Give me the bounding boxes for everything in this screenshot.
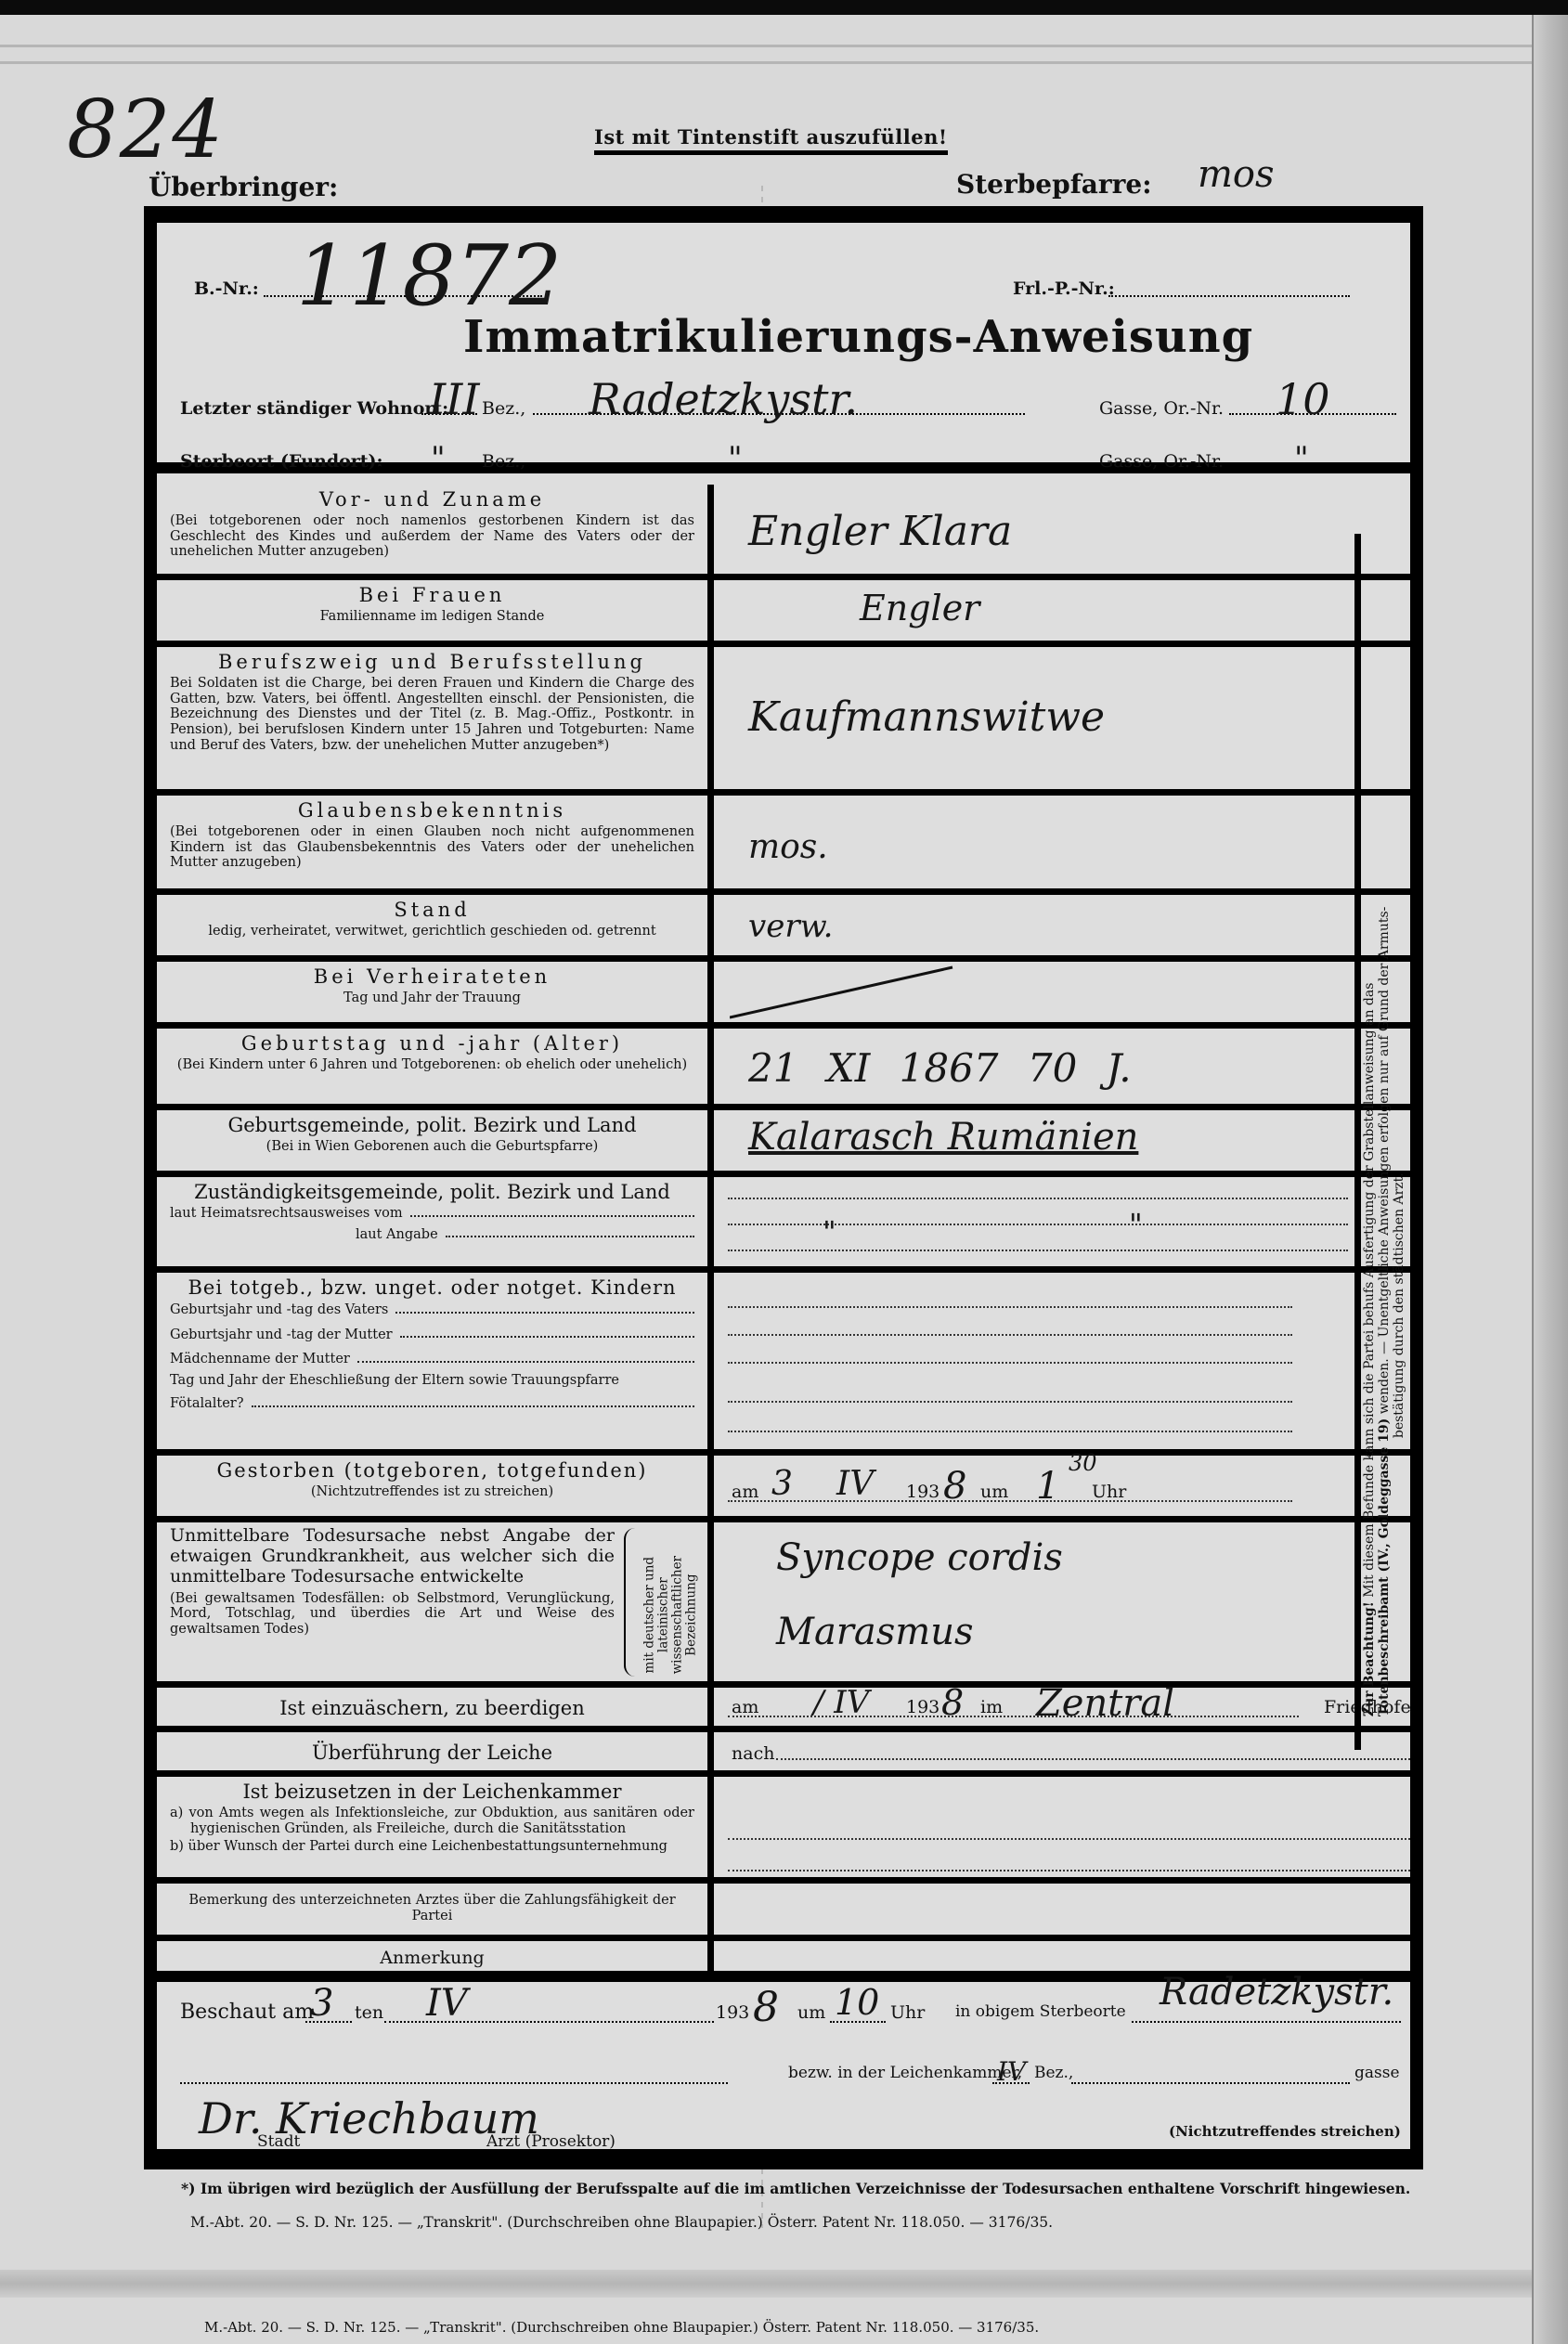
- field-note: (Bei totgeborenen oder in einen Glauben …: [170, 824, 694, 871]
- paper-fold: [0, 2270, 1532, 2298]
- city-label: Stadt: [257, 2132, 300, 2151]
- field-title: Bemerkung des unterzeichneten Arztes übe…: [170, 1893, 694, 1923]
- field-maiden-name: Bei Frauen Familienname im ledigen Stand…: [157, 580, 1410, 647]
- field-title: Glaubensbekenntnis: [170, 799, 694, 822]
- archive-number: 824: [67, 84, 225, 176]
- field-side-note: mit deutscher und lateinischer wissensch…: [642, 1541, 697, 1690]
- bez-label: Bez.,: [482, 451, 525, 472]
- field-title: Unmittelbare Todesursache nebst Angabe d…: [170, 1526, 615, 1587]
- inspected-label: Beschaut am: [180, 2001, 314, 2024]
- strike-through-mark: [730, 962, 971, 1022]
- field-note: ledig, verheiratet, verwitwet, gerichtli…: [170, 924, 694, 939]
- field-transfer: Überführung der Leiche nach: [157, 1732, 1410, 1777]
- field-input[interactable]: [720, 1884, 1410, 1935]
- frl-p-nr-field[interactable]: [1108, 295, 1350, 297]
- field-input[interactable]: nach: [720, 1732, 1410, 1770]
- last-residence-district: III: [429, 374, 480, 424]
- place-label: in obigem Sterbeorte: [955, 2002, 1126, 2021]
- bringer-label: Überbringer:: [149, 172, 338, 202]
- field-title: Geburtsgemeinde, polit. Bezirk und Land: [170, 1114, 694, 1136]
- field-note: Geburtsjahr und -tag des Vaters: [170, 1302, 388, 1318]
- cause-line-2: Marasmus: [776, 1611, 974, 1653]
- field-note: (Nichtzutreffendes ist zu streichen): [170, 1484, 694, 1500]
- death-year-suffix: 8: [943, 1465, 966, 1508]
- field-title: Stand: [170, 899, 694, 921]
- field-title: Ist beizusetzen in der Leichenkammer: [170, 1781, 694, 1803]
- bez-label: Bez.,: [1034, 2064, 1073, 2082]
- inspection-month: IV: [426, 1982, 468, 2025]
- notice-text: wenden. — Unentgeltliche Anweisungen erf…: [1377, 907, 1392, 1415]
- cause-line-1: Syncope cordis: [776, 1536, 1063, 1579]
- field-note: Bei Soldaten ist die Charge, bei deren F…: [170, 676, 694, 753]
- field-birth-date: Geburtstag und -jahr (Alter) (Bei Kinder…: [157, 1029, 1410, 1110]
- inspection-hour: 10: [835, 1982, 879, 2023]
- year-prefix: 193: [906, 1482, 940, 1502]
- field-value: verw.: [748, 908, 833, 945]
- registration-form: B.-Nr.: 11872 Frl.-P.-Nr.: Immatrikulier…: [144, 206, 1423, 2169]
- field-note: (Bei in Wien Geborenen auch die Geburtsp…: [170, 1139, 694, 1155]
- notice-text: bestätigung durch den städtischen Arzt.: [1392, 547, 1406, 1716]
- field-input[interactable]: " ": [720, 1177, 1348, 1266]
- field-value: Kaufmannswitwe: [748, 693, 1105, 741]
- field-input[interactable]: [720, 1941, 1410, 1971]
- field-value: Engler Klara: [748, 508, 1012, 555]
- notice-heading: Zur Beachtung!: [1362, 1601, 1377, 1716]
- mortuary-district: IV: [997, 2056, 1026, 2087]
- death-minute: 30: [1069, 1450, 1097, 1476]
- paper-fold: [0, 61, 1532, 64]
- field-note: Familienname im ledigen Stande: [170, 609, 694, 625]
- field-input[interactable]: 21 XI 1867 70 J.: [720, 1029, 1348, 1104]
- field-note: Geburtsjahr und -tag der Mutter: [170, 1327, 393, 1343]
- death-place-label: Sterbeort (Fundort):: [180, 451, 383, 472]
- field-input[interactable]: [720, 1273, 1348, 1449]
- death-place-row: Sterbeort (Fundort): " Bez., " Gasse, Or…: [180, 438, 1396, 475]
- field-note: Tag und Jahr der Trauung: [170, 991, 694, 1006]
- footnote: *) Im übrigen wird bezüglich der Ausfüll…: [181, 2180, 1410, 2197]
- field-note: (Bei Kindern unter 6 Jahren und Totgebor…: [170, 1057, 694, 1073]
- form-title: Immatrikulierungs-Anweisung: [463, 311, 1253, 363]
- mortuary-alt-label: bezw. in der Leichenkammer,: [788, 2064, 1022, 2082]
- field-value: mos.: [748, 828, 828, 866]
- field-death-date: Gestorben (totgeboren, totgefunden) (Nic…: [157, 1456, 1410, 1522]
- form-header: B.-Nr.: 11872 Frl.-P.-Nr.: Immatrikulier…: [157, 223, 1410, 473]
- last-residence-label: Letzter ständiger Wohnort:: [180, 398, 448, 419]
- field-note: Tag und Jahr der Eheschließung der Elter…: [170, 1373, 694, 1389]
- field-note: laut Angabe: [356, 1227, 438, 1243]
- side-notice: Zur Beachtung! Mit diesem Befunde kann s…: [1354, 534, 1403, 1750]
- nach-label: nach: [732, 1743, 774, 1764]
- field-birthplace: Geburtsgemeinde, polit. Bezirk und Land …: [157, 1110, 1410, 1177]
- field-input[interactable]: Kaufmannswitwe: [720, 647, 1348, 789]
- ten-label: ten: [355, 2002, 383, 2023]
- uhr-label: Uhr: [890, 2002, 925, 2023]
- year-prefix: 193: [906, 1697, 940, 1717]
- field-marital-status: Stand ledig, verheiratet, verwitwet, ger…: [157, 895, 1410, 962]
- field-note: (Bei gewaltsamen Todesfällen: ob Selbstm…: [170, 1591, 615, 1638]
- last-residence-number: 10: [1276, 374, 1330, 424]
- cemetery-name: Zentral: [1036, 1682, 1174, 1725]
- field-note: Fötalalter?: [170, 1396, 244, 1412]
- field-mortuary: Ist beizusetzen in der Leichenkammer a) …: [157, 1777, 1410, 1884]
- field-cause-of-death: Unmittelbare Todesursache nebst Angabe d…: [157, 1522, 1410, 1688]
- um-label: um: [797, 2002, 825, 2023]
- field-payment-remark: Bemerkung des unterzeichneten Arztes übe…: [157, 1884, 1410, 1941]
- death-place-street: ": [728, 440, 743, 477]
- field-name: Vor- und Zuname (Bei totgeborenen oder n…: [157, 485, 1410, 580]
- im-label: im: [980, 1697, 1003, 1717]
- burial-year-suffix: 8: [941, 1682, 964, 1723]
- inspection-day: 3: [310, 1982, 333, 2025]
- death-place-district: ": [431, 440, 446, 477]
- field-occupation: Berufszweig und Berufsstellung Bei Solda…: [157, 647, 1410, 796]
- field-note: Mädchenname der Mutter: [170, 1352, 350, 1367]
- death-month: IV: [836, 1465, 874, 1503]
- field-input[interactable]: Engler Klara: [720, 485, 1348, 574]
- notice-text: Mit diesem Befunde kann sich die Partei …: [1362, 983, 1377, 1598]
- field-value: Kalarasch Rumänien: [748, 1116, 1138, 1159]
- field-title: Zuständigkeitsgemeinde, polit. Bezirk un…: [170, 1181, 694, 1203]
- gasse-label: Gasse, Or.-Nr.: [1099, 398, 1224, 419]
- death-hour: 1: [1036, 1465, 1059, 1508]
- stacked-pages-edge: [1532, 15, 1568, 2344]
- field-value-a: ": [823, 1214, 836, 1250]
- field-stillborn-details: Bei totgeb., bzw. unget. oder notget. Ki…: [157, 1273, 1410, 1456]
- um-label: um: [980, 1482, 1008, 1502]
- notice-office: Totenbeschreibamt (IV., Goldeggasse 19): [1377, 1418, 1392, 1716]
- last-residence-row: Letzter ständiger Wohnort: III Bez., Rad…: [180, 385, 1396, 422]
- bez-label: Bez.,: [482, 398, 525, 419]
- field-input[interactable]: mos.: [720, 796, 1348, 888]
- mortuary-option-b: b) über Wunsch der Partei durch eine Lei…: [170, 1839, 694, 1855]
- last-residence-street: Radetzkystr.: [589, 374, 858, 424]
- paper-fold: [0, 45, 1532, 47]
- field-domicile: Zuständigkeitsgemeinde, polit. Bezirk un…: [157, 1177, 1410, 1273]
- am-label: am: [732, 1697, 758, 1717]
- field-input[interactable]: Syncope cordis Marasmus: [720, 1522, 1348, 1681]
- field-title: Bei Frauen: [170, 584, 694, 606]
- field-title: Bei Verheirateten: [170, 965, 694, 988]
- field-input[interactable]: am 3 IV 193 8 um 1 30 Uhr: [720, 1456, 1348, 1516]
- field-title: Geburtstag und -jahr (Alter): [170, 1032, 694, 1055]
- field-input[interactable]: verw.: [720, 895, 1348, 955]
- field-title: Vor- und Zuname: [170, 488, 694, 511]
- field-note: (Bei totgeborenen oder noch namenlos ges…: [170, 513, 694, 560]
- am-label: am: [732, 1482, 758, 1502]
- mortuary-option-a: a) von Amts wegen als Infektionsleiche, …: [170, 1806, 694, 1836]
- field-title: Gestorben (totgeboren, totgefunden): [170, 1459, 694, 1482]
- field-input[interactable]: [720, 962, 1348, 1022]
- strike-note: (Nichtzutreffendes streichen): [1169, 2123, 1401, 2140]
- print-info-underlying-page: M.-Abt. 20. — S. D. Nr. 125. — „Transkri…: [204, 2319, 1039, 2336]
- death-parish-label: Sterbepfarre:: [956, 169, 1152, 200]
- field-title: Überführung der Leiche: [170, 1742, 694, 1764]
- field-value: 21 XI 1867 70 J.: [748, 1045, 1132, 1091]
- death-day: 3: [771, 1465, 793, 1503]
- gasse-label: gasse: [1354, 2064, 1400, 2082]
- uhr-label: Uhr: [1092, 1482, 1126, 1502]
- field-value-b: ": [1129, 1207, 1143, 1242]
- doctor-label: Arzt (Prosektor): [486, 2132, 616, 2151]
- frl-p-nr-label: Frl.-P.-Nr.:: [1013, 278, 1115, 299]
- field-title: Anmerkung: [170, 1949, 694, 1969]
- print-info: M.-Abt. 20. — S. D. Nr. 125. — „Transkri…: [190, 2214, 1053, 2231]
- field-input[interactable]: Kalarasch Rumänien: [720, 1110, 1348, 1171]
- field-input[interactable]: Engler: [720, 580, 1348, 641]
- field-input[interactable]: [720, 1777, 1410, 1877]
- field-note: laut Heimatsrechtsausweises vom: [170, 1206, 403, 1222]
- field-title: Bei totgeb., bzw. unget. oder notget. Ki…: [170, 1276, 694, 1299]
- field-value: Engler: [860, 588, 979, 628]
- instruction-heading: Ist mit Tintenstift auszufüllen!: [594, 125, 948, 155]
- gasse-label: Gasse, Or.-Nr.: [1099, 451, 1224, 472]
- year-prefix: 193: [716, 2002, 749, 2023]
- field-wedding-date: Bei Verheirateten Tag und Jahr der Trauu…: [157, 962, 1410, 1029]
- death-place-number: ": [1294, 440, 1309, 477]
- field-religion: Glaubensbekenntnis (Bei totgeborenen ode…: [157, 796, 1410, 895]
- b-nr-label: B.-Nr.:: [194, 278, 259, 299]
- inspection-place: Radetzkystr.: [1160, 1971, 1393, 2014]
- scan-top-border: [0, 0, 1568, 15]
- field-input[interactable]: am / IV 193 8 im Zentral Friedhofe: [720, 1688, 1410, 1726]
- death-parish-value: mos: [1198, 153, 1275, 196]
- field-title: Berufszweig und Berufsstellung: [170, 651, 694, 673]
- burial-date: / IV: [813, 1684, 869, 1721]
- field-title: Ist einzuäschern, zu beerdigen: [170, 1697, 694, 1719]
- field-burial: Ist einzuäschern, zu beerdigen am / IV 1…: [157, 1688, 1410, 1732]
- inspection-year-suffix: 8: [753, 1984, 779, 2031]
- inspection-section: Beschaut am 3 ten IV 193 8 um 10 Uhr in …: [157, 1982, 1410, 2168]
